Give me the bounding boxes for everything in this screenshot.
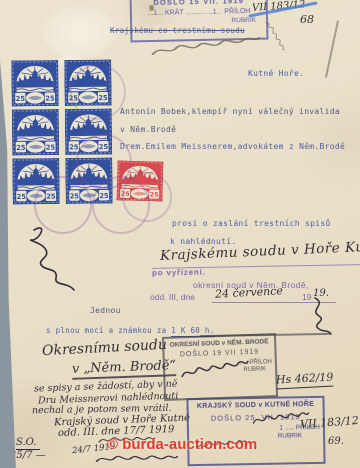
page-number-69: 69. bbox=[328, 436, 344, 447]
plna-moc-text: s plnou mocí a známkou za bbox=[46, 326, 171, 335]
so-date: 25/7 — bbox=[10, 450, 46, 461]
request-line-1: prosí o zaslání trestních spisů bbox=[172, 219, 331, 228]
arrival-stamp-box-krajsky: KRAJSKÝ SOUD v KUTNÉ HOŘE DOŠLO 25. VII.… bbox=[186, 396, 325, 466]
pencil-stroke bbox=[325, 20, 339, 77]
jednou-line: Jednou bbox=[90, 306, 121, 315]
document-paper: DOŠLO 15 VII. 1919 ...1... KRÁT ........… bbox=[0, 0, 360, 468]
so-mark: S.O. bbox=[16, 437, 40, 450]
handwritten-date: 24 července bbox=[215, 284, 283, 301]
judge-signature-squiggle bbox=[305, 296, 335, 336]
po-vyrizeni-stamp: po vyřízení. bbox=[152, 268, 206, 278]
meissner-signature bbox=[20, 224, 90, 296]
nem-brode-line: v „Něm. Brodě“ bbox=[72, 358, 177, 380]
plna-moc-line: s plnou mocí a známkou za 1 K 60 h. bbox=[46, 326, 215, 335]
body-line-1: Antonín Bobek,klempíř nyní válečný inval… bbox=[120, 107, 340, 116]
okresni-box-doslo: DOŠLO 19 VII 1919 bbox=[167, 348, 271, 359]
arrival-top-doslo: DOŠLO 15 VII. 1919 bbox=[132, 0, 266, 7]
postmark-circle bbox=[70, 64, 126, 120]
body-line-3: Drem.Emilem Meissnerem,advokátem z Něm.B… bbox=[120, 142, 345, 151]
okresni-box-title: OKRESNÍ SOUD v NĚM. BRODĚ bbox=[167, 338, 271, 349]
odd-dne-stamp: odd. III, dne bbox=[150, 292, 195, 302]
arrival-top-krat: ...1... KRÁT .......... bbox=[147, 9, 205, 17]
corner-page-number: 68 bbox=[300, 13, 314, 26]
auction-photo: { "colors":{ "background":"#8b95a0","pap… bbox=[0, 0, 360, 468]
bottom-signature-squiggle bbox=[95, 452, 179, 466]
arrival-top-rubrik: RUBRIK bbox=[132, 17, 266, 27]
arrival-top-priloh: ...1... PŘÍLOH bbox=[207, 8, 251, 16]
postmark-circle bbox=[122, 172, 172, 222]
okresnimu-soudu-line: Okresnímu soudu bbox=[42, 337, 168, 360]
hradcany-stamp-blue bbox=[11, 60, 58, 106]
struck-addressee: Krajskému co trestnímu soudu bbox=[110, 26, 245, 35]
docket-number-2: VII 183/12 bbox=[300, 414, 360, 431]
hs-number: Hs 462/19 bbox=[276, 371, 334, 390]
paper-abrasion bbox=[41, 2, 118, 61]
dateline: Kutné Hoře. bbox=[248, 69, 304, 78]
hradcany-stamp-blue bbox=[12, 109, 59, 155]
auction-watermark: © burda-auction.com bbox=[107, 436, 257, 453]
body-line-2: v Něm.Brodě bbox=[120, 125, 176, 134]
